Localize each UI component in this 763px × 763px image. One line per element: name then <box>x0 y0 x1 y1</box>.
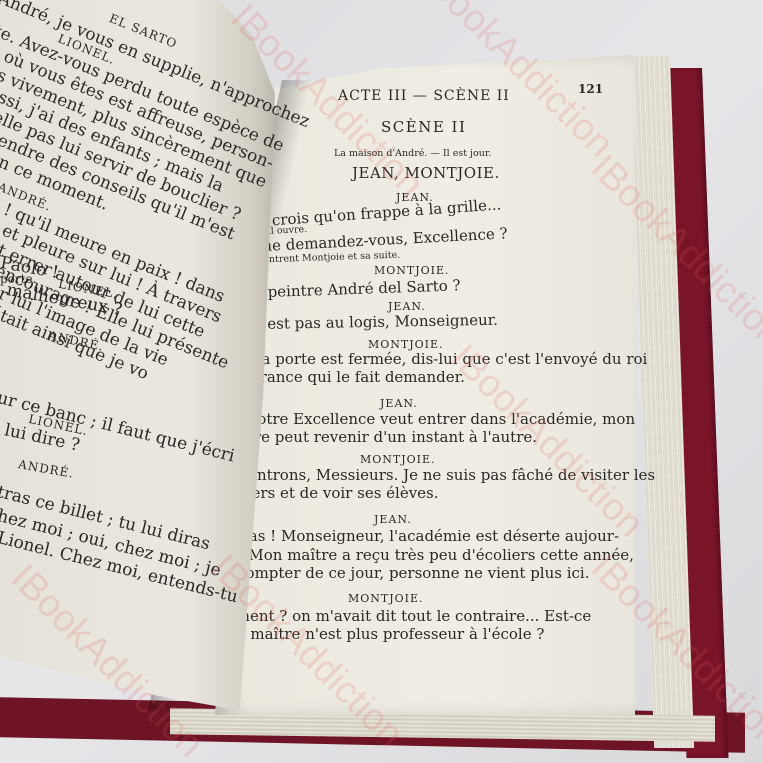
dialogue-line: Entrons, Messieurs. Je ne suis pas fâché… <box>246 466 655 484</box>
speaker-label: MONTJOIE. <box>374 264 450 277</box>
speaker-label: MONTJOIE. <box>348 592 424 605</box>
scene-characters: JEAN, MONTJOIE. <box>352 164 500 182</box>
dialogue-line: maître peut revenir d'un instant à l'aut… <box>220 428 537 446</box>
running-head: ACTE III — SCÈNE II <box>338 88 510 104</box>
book-photo: ACTE III — SCÈNE II 121 SCÈNE II La mais… <box>0 0 763 763</box>
speaker-label: JEAN. <box>388 300 426 313</box>
dialogue-line: Vraiment ? on m'avait dit tout le contra… <box>204 607 591 625</box>
dialogue-line: d'hui. Mon maître a reçu très peu d'écol… <box>201 546 634 564</box>
speaker-label: JEAN. <box>380 397 418 410</box>
speaker-label: MONTJOIE. <box>360 453 436 466</box>
scene-title: SCÈNE II <box>381 118 466 136</box>
dialogue-line: Si sa porte est fermée, dis-lui que c'es… <box>234 350 647 368</box>
scene-setting: La maison d'André. — Il est jour. <box>334 148 491 159</box>
dialogue-line: Hélas ! Monseigneur, l'académie est dése… <box>222 527 619 545</box>
speaker-label: JEAN. <box>374 513 412 526</box>
dialogue-line: et, à compter de ce jour, personne ne vi… <box>199 564 590 582</box>
dialogue-line: Si Votre Excellence veut entrer dans l'a… <box>228 410 635 428</box>
page-number: 121 <box>578 82 603 96</box>
